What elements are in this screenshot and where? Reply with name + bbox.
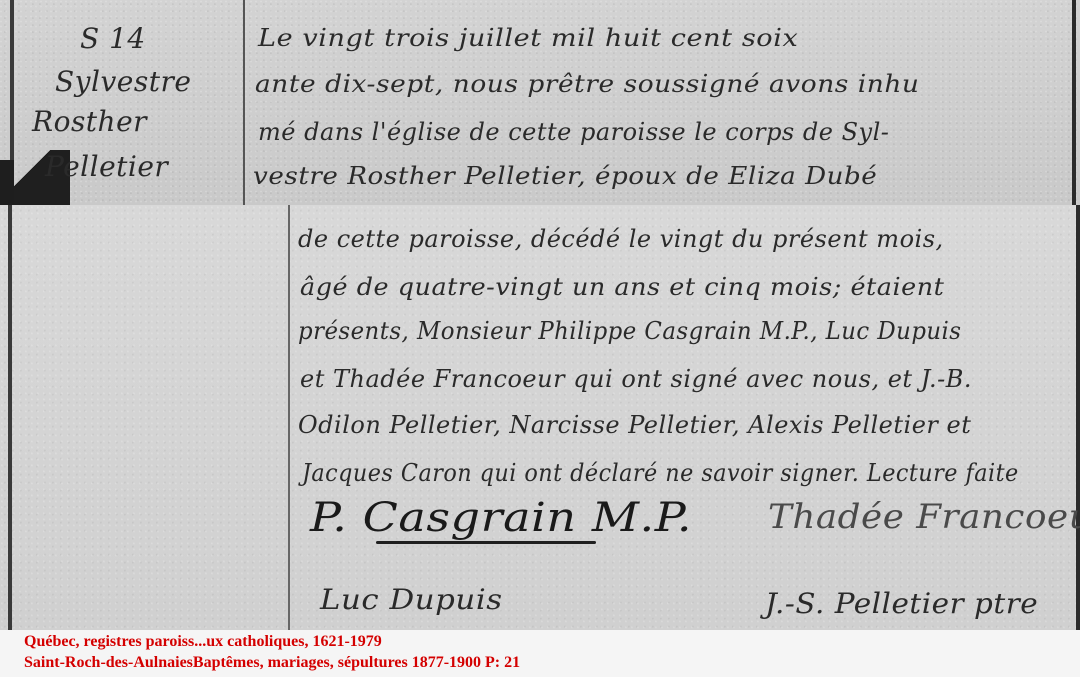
register-strip-bottom: de cette paroisse, décédé le vingt du pr…: [0, 205, 1080, 630]
signature-casgrain: P. Casgrain M.P.: [310, 495, 692, 541]
page-right-border-line: [1076, 205, 1080, 630]
record-text-line: ante dix-sept, nous prêtre soussigné avo…: [255, 70, 919, 98]
register-strip-top: S 14 Sylvestre Rosther Pelletier Le ving…: [0, 0, 1080, 205]
image-caption: Québec, registres paroiss...ux catholiqu…: [0, 630, 1080, 677]
record-text-line: Odilon Pelletier, Narcisse Pelletier, Al…: [298, 411, 971, 439]
margin-divider-line: [288, 205, 290, 630]
record-text-line: mé dans l'église de cette paroisse le co…: [258, 118, 889, 146]
document-scan: S 14 Sylvestre Rosther Pelletier Le ving…: [0, 0, 1080, 630]
record-text-line: de cette paroisse, décédé le vingt du pr…: [298, 225, 944, 253]
caption-collection-title: Québec, registres paroiss...ux catholiqu…: [24, 633, 382, 651]
signature-francoeur: Thadée Francoeur: [768, 497, 1080, 537]
record-text-line: Le vingt trois juillet mil huit cent soi…: [258, 24, 798, 52]
signature-pelletier-priest: J.-S. Pelletier ptre: [765, 587, 1038, 620]
record-text-line: âgé de quatre-vingt un ans et cinq mois;…: [300, 273, 944, 301]
page-right-border-line: [1072, 0, 1076, 205]
signature-dupuis: Luc Dupuis: [320, 583, 503, 616]
margin-name-line: Sylvestre: [55, 65, 191, 98]
margin-record-number: S 14: [80, 22, 146, 55]
page-edge-shadow: [0, 160, 14, 205]
record-text-line: présents, Monsieur Philippe Casgrain M.P…: [298, 317, 961, 345]
margin-name-line: Rosther: [32, 105, 147, 138]
record-text-line: vestre Rosther Pelletier, époux de Eliza…: [253, 162, 877, 190]
margin-name-line: Pelletier: [45, 150, 168, 183]
record-text-line: et Thadée Francoeur qui ont signé avec n…: [300, 365, 972, 393]
record-text-line: Jacques Caron qui ont déclaré ne savoir …: [302, 459, 1019, 487]
page-border-line: [8, 205, 12, 630]
caption-register-info: Saint-Roch-des-AulnaiesBaptêmes, mariage…: [24, 654, 520, 672]
signature-underline: [376, 541, 596, 544]
margin-divider-line: [243, 0, 245, 205]
